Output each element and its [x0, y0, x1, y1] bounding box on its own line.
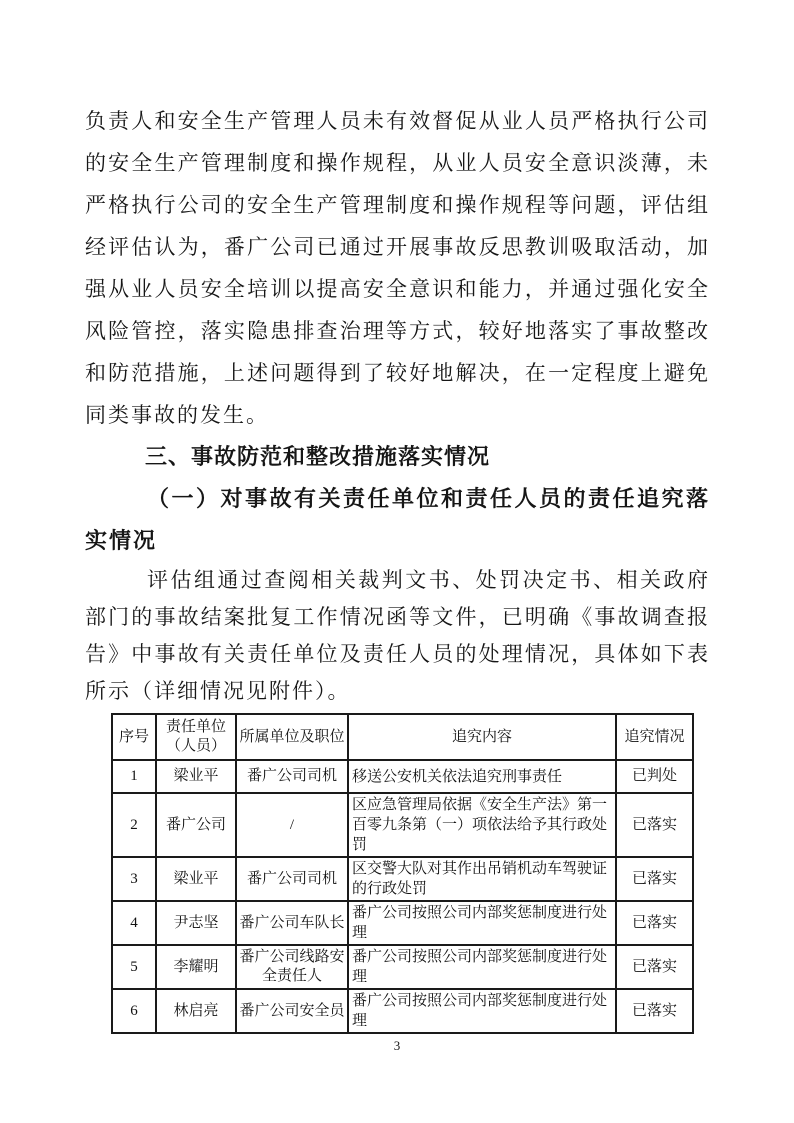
page-number: 3: [0, 1038, 794, 1054]
page-content: 负责人和安全生产管理人员未有效督促从业人员严格执行公司的安全生产管理制度和操作规…: [85, 100, 710, 1034]
table-cell: 2: [112, 793, 156, 857]
table-cell: 番广公司司机: [236, 857, 348, 901]
table-cell: 移送公安机关依法追究刑事责任: [348, 760, 616, 793]
table-cell: /: [236, 793, 348, 857]
table-header-cell: 责任单位（人员）: [156, 714, 236, 760]
table-cell: 尹志坚: [156, 901, 236, 945]
responsibility-table-wrap: 序号责任单位（人员）所属单位及职位追究内容追究情况 1梁业平番广公司司机移送公安…: [111, 713, 710, 1034]
table-cell: 区应急管理局依据《安全生产法》第一百零九条第（一）项依法给予其行政处罚: [348, 793, 616, 857]
table-cell: 已落实: [616, 901, 693, 945]
table-cell: 番广公司按照公司内部奖惩制度进行处理: [348, 945, 616, 989]
table-cell: 李耀明: [156, 945, 236, 989]
table-cell: 林启亮: [156, 989, 236, 1033]
table-row: 4尹志坚番广公司车队长番广公司按照公司内部奖惩制度进行处理已落实: [112, 901, 693, 945]
table-row: 5李耀明番广公司线路安全责任人番广公司按照公司内部奖惩制度进行处理已落实: [112, 945, 693, 989]
table-cell: 番广公司线路安全责任人: [236, 945, 348, 989]
table-cell: 番广公司按照公司内部奖惩制度进行处理: [348, 989, 616, 1033]
table-cell: 番广公司按照公司内部奖惩制度进行处理: [348, 901, 616, 945]
subsection-heading: （一）对事故有关责任单位和责任人员的责任追究落实情况: [85, 478, 710, 562]
table-cell: 4: [112, 901, 156, 945]
table-cell: 5: [112, 945, 156, 989]
paragraph-intro: 评估组通过查阅相关裁判文书、处罚决定书、相关政府部门的事故结案批复工作情况函等文…: [85, 562, 710, 710]
table-row: 6林启亮番广公司安全员番广公司按照公司内部奖惩制度进行处理已落实: [112, 989, 693, 1033]
section-heading: 三、事故防范和整改措施落实情况: [85, 436, 710, 478]
table-cell: 已落实: [616, 945, 693, 989]
table-cell: 番广公司安全员: [236, 989, 348, 1033]
table-row: 2番广公司/区应急管理局依据《安全生产法》第一百零九条第（一）项依法给予其行政处…: [112, 793, 693, 857]
paragraph-continuation: 负责人和安全生产管理人员未有效督促从业人员严格执行公司的安全生产管理制度和操作规…: [85, 100, 710, 436]
table-cell: 3: [112, 857, 156, 901]
table-cell: 区交警大队对其作出吊销机动车驾驶证的行政处罚: [348, 857, 616, 901]
table-header-cell: 追究内容: [348, 714, 616, 760]
table-cell: 已落实: [616, 793, 693, 857]
table-header-cell: 追究情况: [616, 714, 693, 760]
table-row: 3梁业平番广公司司机区交警大队对其作出吊销机动车驾驶证的行政处罚已落实: [112, 857, 693, 901]
table-header-row: 序号责任单位（人员）所属单位及职位追究内容追究情况: [112, 714, 693, 760]
table-cell: 番广公司车队长: [236, 901, 348, 945]
document-page: 负责人和安全生产管理人员未有效督促从业人员严格执行公司的安全生产管理制度和操作规…: [0, 0, 794, 1123]
table-cell: 梁业平: [156, 760, 236, 793]
table-cell: 番广公司司机: [236, 760, 348, 793]
table-cell: 1: [112, 760, 156, 793]
responsibility-table: 序号责任单位（人员）所属单位及职位追究内容追究情况 1梁业平番广公司司机移送公安…: [111, 713, 694, 1034]
table-cell: 已落实: [616, 989, 693, 1033]
table-head: 序号责任单位（人员）所属单位及职位追究内容追究情况: [112, 714, 693, 760]
table-header-cell: 所属单位及职位: [236, 714, 348, 760]
table-row: 1梁业平番广公司司机移送公安机关依法追究刑事责任已判处: [112, 760, 693, 793]
table-cell: 已落实: [616, 857, 693, 901]
table-cell: 番广公司: [156, 793, 236, 857]
table-cell: 6: [112, 989, 156, 1033]
table-cell: 已判处: [616, 760, 693, 793]
table-header-cell: 序号: [112, 714, 156, 760]
table-body: 1梁业平番广公司司机移送公安机关依法追究刑事责任已判处2番广公司/区应急管理局依…: [112, 760, 693, 1033]
table-cell: 梁业平: [156, 857, 236, 901]
